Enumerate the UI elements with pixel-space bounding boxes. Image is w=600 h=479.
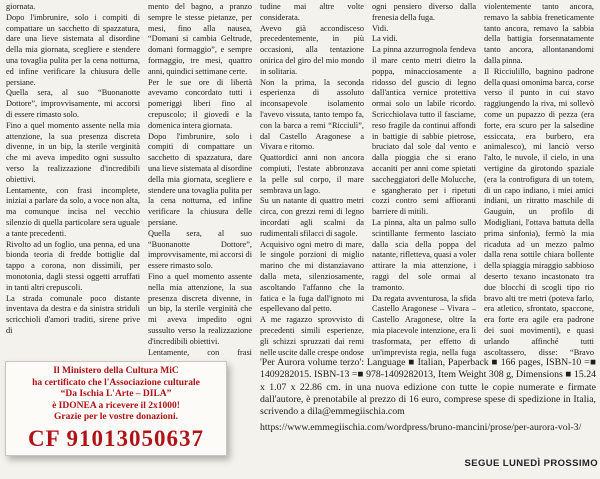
paragraph: Quattordici anni non ancora compiuti, l'… <box>260 153 364 196</box>
continuation-notice: SEGUE LUNEDÌ PROSSIMO <box>464 458 598 469</box>
ministry-line: Il Ministero della Cultura MiC <box>6 366 226 378</box>
article-columns: giornata. Dopo l'imbrunire, solo i compi… <box>6 2 596 359</box>
paragraph: Su un natante di quattro metri circa, co… <box>260 196 364 239</box>
paragraph: Lentamente, con frasi incomplete, inizia… <box>148 348 252 360</box>
paragraph: violentemente tanto ancora, remavo la sa… <box>484 2 594 67</box>
paragraph: Da regata avventurosa, la sfida Castello… <box>372 294 476 359</box>
paragraph: Avevo già accondisceso precedentemente, … <box>260 24 364 78</box>
paragraph: La vidi. <box>372 34 476 45</box>
paragraph: La pinna azzurrognola fendeva il mare ce… <box>372 45 476 218</box>
scanned-newspaper-page: giornata. Dopo l'imbrunire, solo i compi… <box>0 0 600 479</box>
fiscal-code: CF 91013050637 <box>6 426 226 452</box>
ministry-line: ha certificato che l'Associazione cultur… <box>6 378 226 390</box>
paragraph: tudine mai altre volte considerata. <box>260 2 364 24</box>
book-url: https://www.emmegiischia.com/wordpress/b… <box>260 422 596 434</box>
text-column-1: giornata. Dopo l'imbrunire, solo i compi… <box>6 2 140 359</box>
paragraph: giornata. <box>6 2 140 13</box>
text-column-2: mento del bagno, a pranzo sempre le stes… <box>148 2 252 359</box>
text-column-3: tudine mai altre volte considerata. Avev… <box>260 2 364 359</box>
paragraph: Quella sera, al suo “Buonanotte Dottore”… <box>148 229 252 272</box>
text-column-4: ogni pensiero diverso dalla frenesia del… <box>372 2 476 359</box>
paragraph: Fino a quel momento assente nella mia at… <box>148 272 252 348</box>
book-details: 'Per Aurora volume terzo': Language ■ It… <box>260 357 596 418</box>
paragraph: ogni pensiero diverso dalla frenesia del… <box>372 2 476 24</box>
paragraph: Non la prima, la seconda esperienza di a… <box>260 78 364 154</box>
paragraph: Il Ricciulillo, bagnino padrone della qu… <box>484 67 594 359</box>
ministry-certification-box: Il Ministero della Cultura MiC ha certif… <box>5 361 227 456</box>
paragraph: Acquisivo ogni metro di mare, le singole… <box>260 240 364 316</box>
ministry-line: “Da Ischia L'Arte – DILA” <box>6 389 226 401</box>
text-column-5: violentemente tanto ancora, remavo la sa… <box>484 2 594 359</box>
ministry-line: è IDONEA a ricevere il 2x1000! <box>6 401 226 413</box>
paragraph: Vidi. <box>372 24 476 35</box>
paragraph: mento del bagno, a pranzo sempre le stes… <box>148 2 252 78</box>
paragraph: Rivolto ad un foglio, una penna, ed una … <box>6 240 140 294</box>
paragraph: Dopo l'imbrunire, solo i compiti di comp… <box>6 13 140 89</box>
paragraph: La pinna, alta un palmo sullo scintillan… <box>372 218 476 294</box>
ministry-line: Grazie per le vostre donazioni. <box>6 412 226 424</box>
paragraph: La strada comunale poco distante inventa… <box>6 294 140 337</box>
paragraph: Per le sue ore di libertà avevamo concor… <box>148 78 252 132</box>
paragraph: A me ragazzo sprovvisto di precedenti si… <box>260 315 364 359</box>
paragraph: Quella sera, al suo “Buonanotte Dottore”… <box>6 88 140 120</box>
paragraph: Fino a quel momento assente nella mia at… <box>6 121 140 186</box>
paragraph: Lentamente, con frasi incomplete, inizia… <box>6 186 140 240</box>
paragraph: Dopo l'imbrunire, solo i compiti di comp… <box>148 132 252 229</box>
